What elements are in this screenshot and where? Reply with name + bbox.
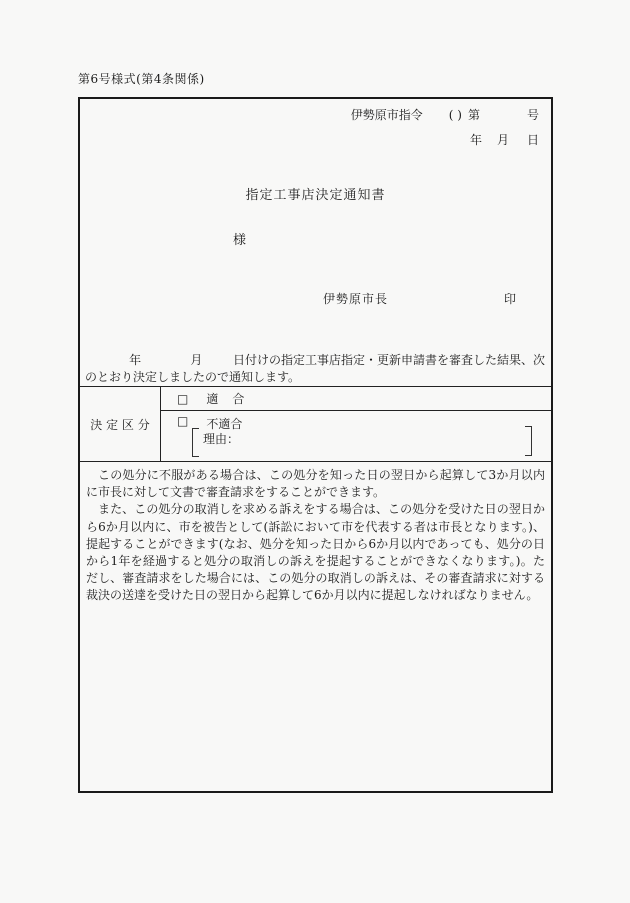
notice-paragraph: 年 月 日付けの指定工事店指定・更新申請書を審査した結果、次 のとおり決定しまし…	[85, 351, 545, 385]
decision-table: 決 定 区 分 □ 適 合 □ 不適合 理由：	[80, 386, 551, 462]
reason-bracket-open	[192, 428, 199, 457]
spacer	[202, 363, 233, 364]
reason-label: 理由：	[203, 430, 239, 447]
addressee-honorific: 様	[233, 229, 246, 248]
decision-category-header: 決 定 区 分	[80, 387, 161, 461]
spacer	[85, 363, 129, 364]
form-style-label: 第6号様式(第4条関係)	[78, 70, 205, 87]
notice-line2-text: のとおり決定しましたので通知します。	[85, 368, 300, 385]
seal-mark: 印	[504, 290, 516, 307]
date-month-label: 月	[497, 131, 509, 148]
directive-number-line: 伊勢原市指令 ( ) 第 号	[351, 106, 539, 123]
appeal-paragraph-2: また、この処分の取消しを求める訴えをする場合は、この処分を受けた日の翌日から6か…	[86, 501, 545, 604]
directive-no-prefix: 第	[468, 106, 480, 123]
pass-checkbox[interactable]: □	[177, 393, 188, 405]
reason-bracket-close	[525, 426, 532, 456]
decision-options: □ 適 合 □ 不適合 理由：	[161, 387, 551, 461]
decision-option-fail: □ 不適合 理由：	[161, 411, 551, 461]
notice-line-1: 年 月 日付けの指定工事店指定・更新申請書を審査した結果、次	[85, 351, 545, 368]
issuer-name: 伊勢原市長	[323, 290, 388, 307]
spacer	[141, 363, 190, 364]
notice-line-2: のとおり決定しましたので通知します。	[85, 368, 545, 385]
date-line: 年 月 日	[470, 131, 539, 148]
directive-paren: ( )	[449, 108, 462, 122]
appeal-paragraph-1: この処分に不服がある場合は、この処分を知った日の翌日から起算して3か月以内に市長…	[86, 467, 545, 501]
directive-prefix: 伊勢原市指令	[351, 106, 423, 123]
directive-no-suffix: 号	[527, 106, 539, 123]
fail-checkbox[interactable]: □	[177, 415, 188, 432]
appeal-rights-text: この処分に不服がある場合は、この処分を知った日の翌日から起算して3か月以内に市長…	[80, 464, 551, 605]
notice-year-label: 年	[129, 351, 141, 368]
document-title: 指定工事店決定通知書	[80, 184, 551, 203]
date-day-label: 日	[527, 131, 539, 148]
notice-month-label: 月	[190, 351, 202, 368]
date-year-label: 年	[470, 131, 482, 148]
notice-line1-text: 日付けの指定工事店指定・更新申請書を審査した結果、次	[233, 351, 545, 368]
decision-option-pass: □ 適 合	[161, 387, 551, 411]
form-border-box: 伊勢原市指令 ( ) 第 号 年 月 日 指定工事店決定通知書 様 伊勢原市長 …	[78, 97, 553, 793]
pass-label: 適 合	[206, 390, 245, 407]
